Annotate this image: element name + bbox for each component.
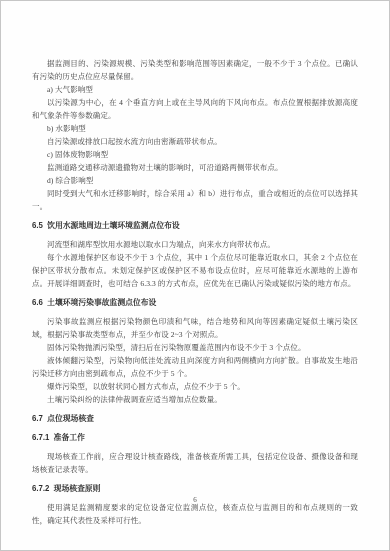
paragraph-legal-arbitration: 土壤污染纠纷的法律仲裁调查应适当增加点位数量。 xyxy=(32,393,358,406)
paragraph-monitoring-points-continuation: 据监测目的、污染源规模、污染类型和影响范围等因素确定，一般不少于 3 个点位。已… xyxy=(32,57,358,83)
paragraph-river-reservoir-source: 河流型和湖库型饮用水源地以取水口为端点，向来水方向带状布点。 xyxy=(32,238,358,251)
paragraph-preparation-work: 现场核查工作前，应合理设计核查路线，准备核查所需工具，包括定位设备、摄像设备和现… xyxy=(32,450,358,476)
document-body: 据监测目的、污染源规模、污染类型和影响范围等因素确定，一般不少于 3 个点位。已… xyxy=(32,57,358,527)
paragraph-solid-pollutant-spill: 固体污染物抛洒污染型，清扫后在污染物原覆盖范围内布设不少于 3 个点位。 xyxy=(32,341,358,354)
list-item-a-atmospheric-type: a) 大气影响型 xyxy=(32,83,358,96)
paragraph-accident-monitoring: 污染事故监测应根据污染物颜色印渍和气味，结合地势和风向等因素确定疑似土壤污染区域… xyxy=(32,315,358,341)
paragraph-water-layout: 自污染源或排放口起按水流方向由密渐疏带状布点。 xyxy=(32,135,358,148)
paragraph-combined-layout: 同时受到大气和水迁移影响时，综合采用 a）和 b）进行布点，重合或相近的点位可以… xyxy=(32,187,358,213)
paragraph-solid-waste-layout: 监测道路交通移动源遗撒物对土壤的影响时，可沿道路两侧带状布点。 xyxy=(32,161,358,174)
list-item-d-combined-type: d) 综合影响型 xyxy=(32,174,358,187)
paragraph-protection-zone-points: 每个水源地保护区布设不少于 3 个点位，其中 1 个点位尽可能靠近取水口，其余 … xyxy=(32,251,358,290)
heading-6-5-drinking-water-source: 6.5 饮用水源地周边土壤环境监测点位布设 xyxy=(32,219,358,232)
heading-6-7-2-verification-principles: 6.7.2 现场核查原则 xyxy=(32,482,358,495)
paragraph-atmospheric-layout: 以污染源为中心，在 4 个垂直方向上或在主导风向的下风向布点。布点位置根据排放源… xyxy=(32,96,358,122)
document-page: 据监测目的、污染源规模、污染类型和影响范围等因素确定，一般不少于 3 个点位。已… xyxy=(0,0,390,551)
heading-6-6-pollution-accident: 6.6 土壤环境污染事故监测点位布设 xyxy=(32,296,358,309)
paragraph-liquid-spill: 液体倾翻污染型，污染物向低洼处流动且向深度方向和两侧横向方向扩散。自事故发生地沿… xyxy=(32,354,358,380)
list-item-c-solid-waste-type: c) 固体废物影响型 xyxy=(32,148,358,161)
heading-6-7-1-preparation: 6.7.1 准备工作 xyxy=(32,431,358,444)
paragraph-explosion-type: 爆炸污染型，以放射状同心圆方式布点，点位不少于 5 个。 xyxy=(32,380,358,393)
heading-6-7-site-verification: 6.7 点位现场核查 xyxy=(32,412,358,425)
list-item-b-water-type: b) 水影响型 xyxy=(32,122,358,135)
page-number: 6 xyxy=(1,495,389,505)
